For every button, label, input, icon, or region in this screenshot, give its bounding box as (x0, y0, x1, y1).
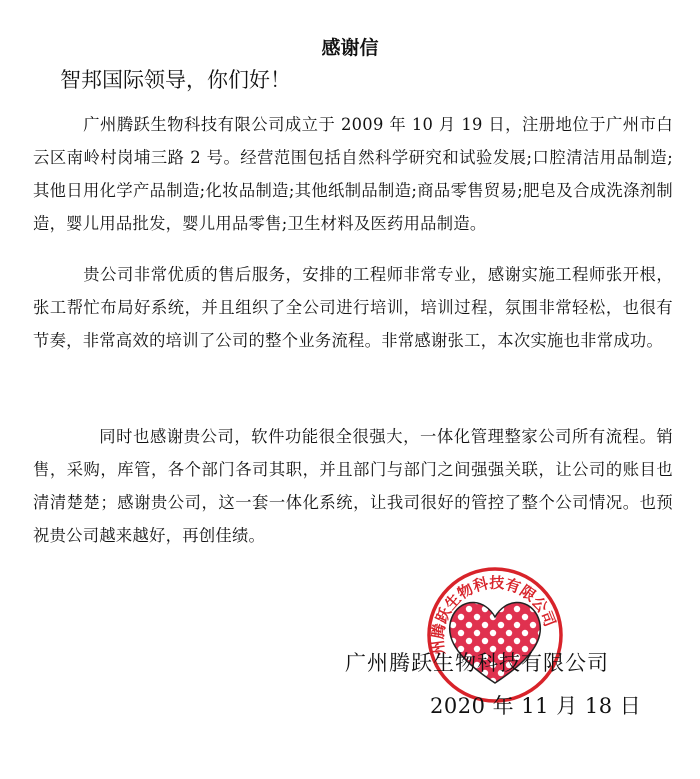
letter-title: 感谢信 (0, 33, 700, 60)
paragraph-service-thanks: 贵公司非常优质的售后服务，安排的工程师非常专业，感谢实施工程师张开根，张工帮忙布… (33, 258, 673, 357)
seal-icon: 州腾跃生物科技有限公司 (425, 565, 565, 705)
greeting: 智邦国际领导，你们好！ (60, 64, 291, 94)
signature-date: 2020 年 11 月 18 日 (430, 690, 641, 720)
paragraph-text: 贵公司非常优质的售后服务，安排的工程师非常专业，感谢实施工程师张开根，张工帮忙布… (33, 265, 673, 350)
company-seal: 州腾跃生物科技有限公司 (425, 565, 565, 705)
paragraph-text: 广州腾跃生物科技有限公司成立于 2009 年 10 月 19 日，注册地位于广州… (33, 115, 673, 233)
paragraph-text: 同时也感谢贵公司，软件功能很全很强大，一体化管理整家公司所有流程。销售，采购，库… (33, 427, 673, 545)
paragraph-company-intro: 广州腾跃生物科技有限公司成立于 2009 年 10 月 19 日，注册地位于广州… (33, 108, 673, 240)
paragraph-software-thanks: 同时也感谢贵公司，软件功能很全很强大，一体化管理整家公司所有流程。销售，采购，库… (33, 420, 673, 552)
signature-company: 广州腾跃生物科技有限公司 (345, 647, 609, 677)
